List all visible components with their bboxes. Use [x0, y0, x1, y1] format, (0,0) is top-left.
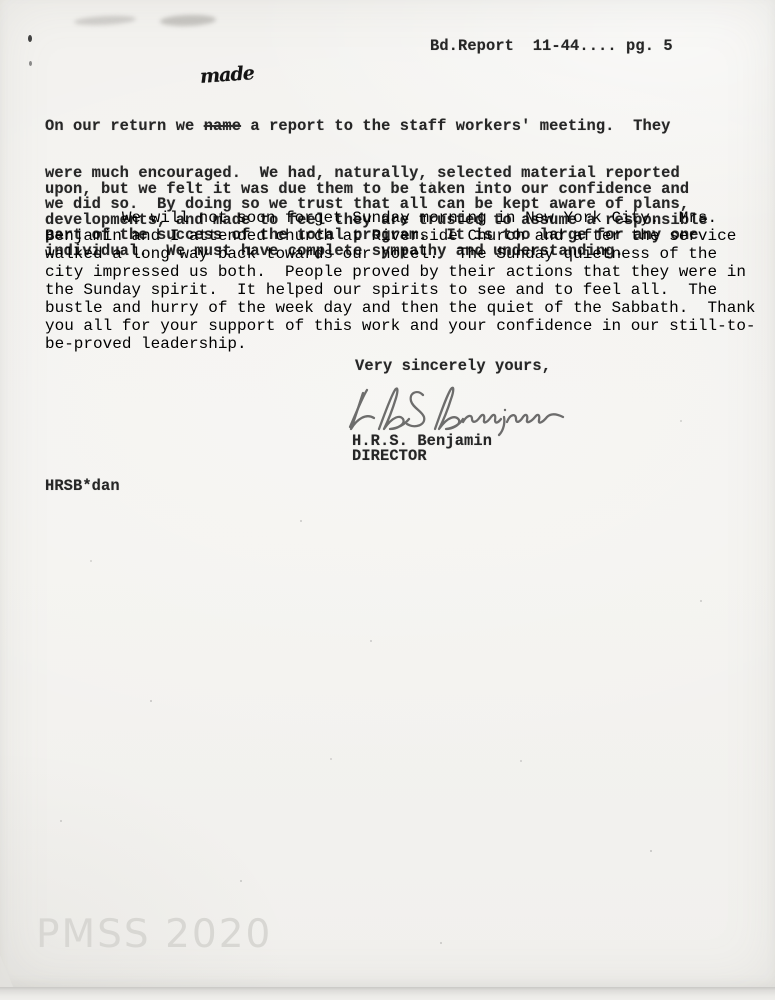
scanned-letter-page: Bd.Report 11-44.... pg. 5 On our return …: [0, 0, 775, 1000]
archive-watermark: PMSS 2020: [36, 912, 272, 957]
line-1-text-after: a report to the staff workers' meeting. …: [241, 117, 670, 135]
page-corner-fold: [0, 955, 14, 989]
line-1-text-before: On our return we: [45, 117, 204, 135]
paragraph-1-line-1: On our return we name a report to the st…: [45, 119, 708, 135]
struck-word: name: [204, 117, 241, 135]
pencil-smudge: [74, 14, 136, 26]
pencil-smudge: [160, 14, 216, 27]
signature-handwritten: [346, 385, 566, 437]
ink-spot: [28, 35, 32, 42]
paper-sheet: Bd.Report 11-44.... pg. 5 On our return …: [0, 0, 775, 987]
ink-spot: [29, 61, 32, 66]
page-header: Bd.Report 11-44.... pg. 5: [430, 39, 673, 55]
paper-specks: [0, 0, 2, 2]
page-bottom-edge: [0, 987, 775, 1000]
typed-signature-title: DIRECTOR: [352, 449, 427, 465]
valediction: Very sincerely yours,: [355, 359, 551, 375]
typist-reference: HRSB*dan: [45, 479, 120, 495]
handwritten-correction: made: [199, 62, 254, 88]
paragraph-2: We will not soon forget Sunday morning i…: [45, 209, 756, 353]
